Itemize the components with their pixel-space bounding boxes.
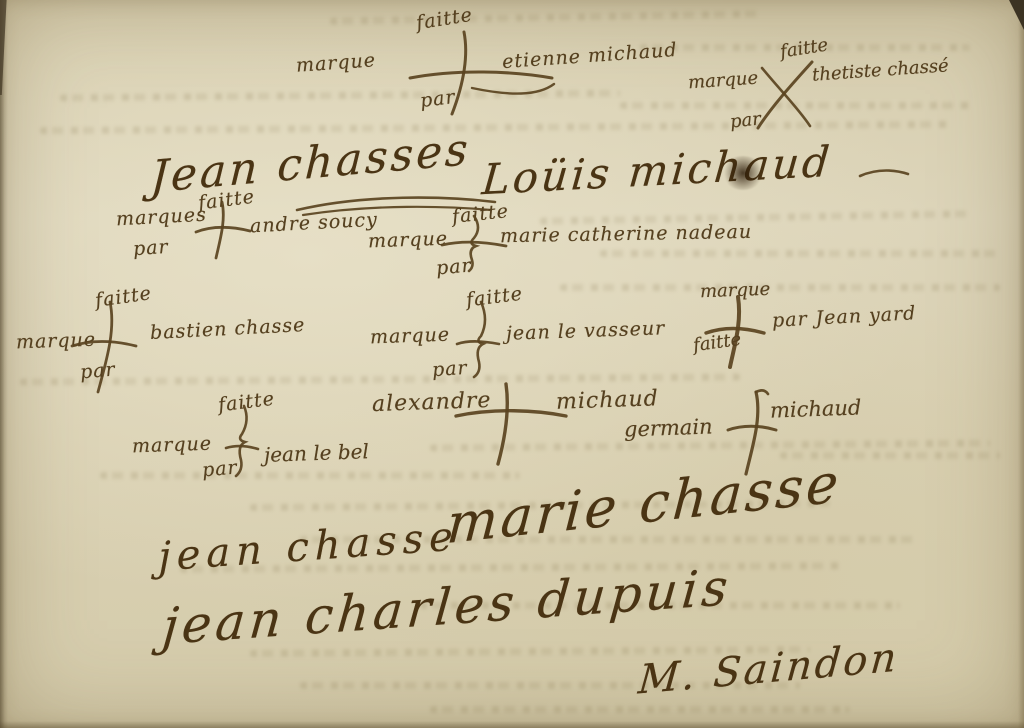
mark-word-par: par (419, 86, 457, 112)
mark-word-marque: marque (368, 228, 449, 253)
signature-flourish (858, 164, 910, 184)
mark-word-par: par (431, 357, 468, 381)
mark-word-par: par (435, 254, 472, 279)
signature-m-saindon: M. Saindon (636, 634, 901, 703)
mark-name: bastien chasse (150, 314, 306, 344)
mark-word-par: par (79, 358, 116, 383)
cross-mark-icon (452, 380, 570, 468)
x-mark-icon (752, 58, 820, 132)
mark-word-marque: marque (370, 324, 451, 349)
mark-name: marie catherine nadeau (500, 221, 752, 247)
bleedthrough-line (330, 10, 760, 25)
mark-word-par: par (729, 108, 762, 132)
mark-word-marque: marque (132, 433, 213, 458)
cross-mark-icon (192, 198, 254, 262)
mark-name: andre soucy (250, 209, 379, 238)
mark-name: jean le vasseur (506, 317, 666, 345)
cross-signature-last-name: michaud (770, 395, 862, 422)
mark-par-name: par Jean yard (772, 302, 917, 332)
mark-word-marque: marque (687, 68, 758, 94)
manuscript-page: faitte marque etienne michaud par faitte… (0, 0, 1024, 728)
mark-word-par: par (201, 456, 238, 481)
paper-edge-bottom (0, 721, 1024, 728)
cross-signature-first-name: germain (624, 414, 713, 441)
mark-word-marque: marque (295, 49, 376, 77)
ink-blot (722, 156, 764, 190)
cross-signature-last-name: michaud (556, 386, 660, 415)
mark-word-par: par (772, 308, 809, 332)
bleedthrough-line (430, 706, 850, 713)
paper-edge-left (0, 0, 8, 728)
signature-louis-michaud: Loüis michaud (480, 137, 834, 205)
mark-name: jean le bel (264, 439, 370, 467)
paper-edge-right (1018, 0, 1024, 728)
mark-name: Jean yard (815, 302, 917, 329)
bleedthrough-line (100, 472, 520, 479)
mark-name: thetiste chassé (811, 55, 949, 85)
bleedthrough-line (600, 250, 1000, 257)
bleedthrough-line (560, 284, 1000, 291)
mark-word-par: par (132, 236, 169, 260)
